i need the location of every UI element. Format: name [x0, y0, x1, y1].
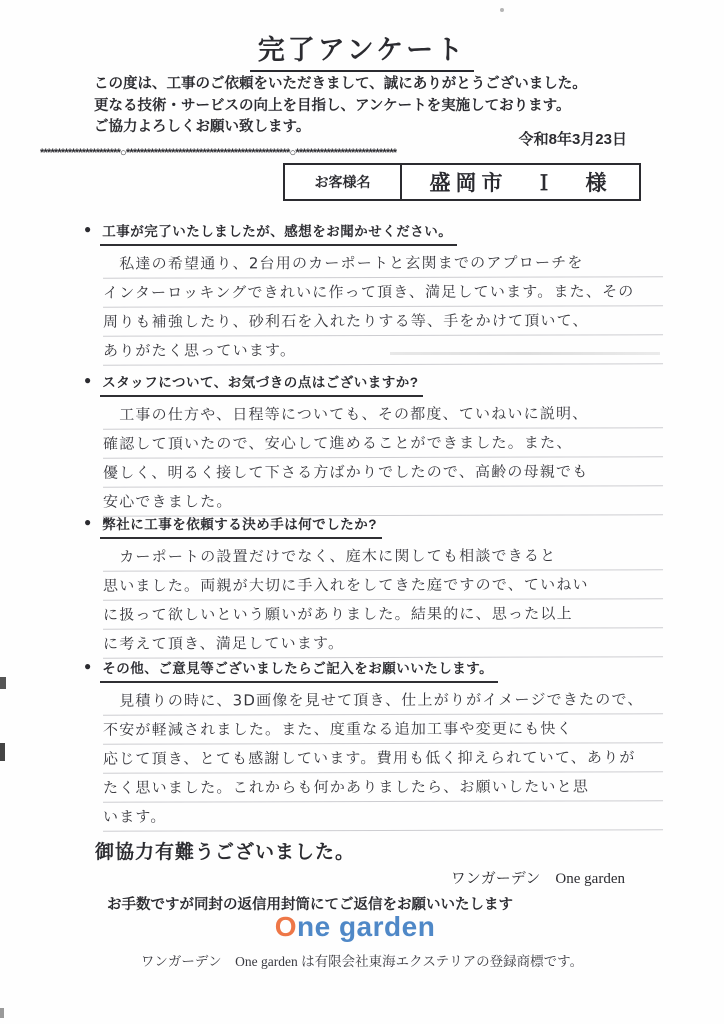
handwritten-line: 不安が軽減されました。また、度重なる追加工事や変更にも快く: [103, 714, 663, 744]
scan-artifact: [0, 677, 6, 689]
logo-text: ne garden: [297, 911, 435, 942]
question-1-text: 工事が完了いたしましたが、感想をお聞かせください。: [100, 220, 457, 246]
question-section-3: ● 弊社に工事を依頼する決め手は何でしたか? カーポートの設置だけでなく、庭木に…: [84, 513, 670, 658]
handwritten-line: 周りも補強したり、砂利石を入れたりする等、手をかけて頂いて、: [103, 306, 663, 336]
scan-artifact: [500, 8, 504, 12]
scanned-survey-document: 完了アンケート この度は、工事のご依頼をいただきまして、誠にありがとうございまし…: [0, 0, 724, 1024]
bullet-icon: ●: [84, 513, 91, 532]
document-date: 令和8年3月23日: [0, 128, 627, 149]
scan-smudge: [390, 352, 660, 355]
question-section-1: ● 工事が完了いたしましたが、感想をお聞かせください。 私達の希望通り、2台用の…: [84, 220, 670, 365]
question-section-2: ● スタッフについて、お気づきの点はございますか? 工事の仕方や、日程等について…: [84, 371, 670, 516]
customer-name-value: 盛岡市 Ｉ 様: [402, 165, 639, 199]
bullet-icon: ●: [84, 220, 91, 239]
question-1-answer: 私達の希望通り、2台用のカーポートと玄関までのアプローチを インターロッキングで…: [103, 249, 663, 365]
question-4-answer: 見積りの時に、3D画像を見せて頂き、仕上がりがイメージできたので、 不安が軽減さ…: [103, 686, 663, 831]
handwritten-line: に考えて頂き、満足しています。: [103, 628, 663, 658]
handwritten-line: ありがたく思っています。: [103, 335, 663, 365]
handwritten-line: います。: [103, 801, 663, 831]
asterisk-divider: ***********************○****************…: [40, 147, 706, 163]
question-4-text: その他、ご意見等ございましたらご記入をお願いいたします。: [100, 657, 498, 683]
trademark-notice: ワンガーデン One garden は有限会社東海エクステリアの登録商標です。: [0, 950, 724, 970]
handwritten-line: 思いました。両親が大切に手入れをしてきた庭ですので、ていねい: [103, 570, 663, 600]
customer-name-box: お客様名 盛岡市 Ｉ 様: [283, 163, 641, 201]
bullet-icon: ●: [84, 657, 91, 676]
question-2-text: スタッフについて、お気づきの点はございますか?: [100, 371, 423, 397]
handwritten-line: 工事の仕方や、日程等についても、その都度、ていねいに説明、: [103, 399, 663, 429]
question-2-header: ● スタッフについて、お気づきの点はございますか?: [84, 371, 670, 397]
handwritten-line: に扱って欲しいという願いがありました。結果的に、思った以上: [103, 599, 663, 629]
handwritten-line: インターロッキングできれいに作って頂き、満足しています。また、その: [103, 277, 663, 307]
one-garden-logo: One garden: [0, 911, 710, 943]
question-section-4: ● その他、ご意見等ございましたらご記入をお願いいたします。 見積りの時に、3D…: [84, 657, 670, 831]
bullet-icon: ●: [84, 371, 91, 390]
handwritten-line: 見積りの時に、3D画像を見せて頂き、仕上がりがイメージできたので、: [103, 685, 663, 715]
handwritten-line: 応じて頂き、とても感謝しています。費用も低く抑えられていて、ありが: [103, 743, 663, 773]
intro-line-1: この度は、工事のご依頼をいただきまして、誠にありがとうございました。: [94, 74, 587, 96]
handwritten-line: たく思いました。これからも何かありましたら、お願いしたいと思: [103, 772, 663, 802]
closing-thanks: 御協力有難うございました。: [95, 837, 355, 864]
question-1-header: ● 工事が完了いたしましたが、感想をお聞かせください。: [84, 220, 670, 246]
scan-artifact: [0, 743, 5, 761]
handwritten-line: 私達の希望通り、2台用のカーポートと玄関までのアプローチを: [103, 248, 663, 278]
logo-letter-o: O: [275, 911, 297, 942]
page-title: 完了アンケート: [250, 28, 474, 72]
handwritten-line: 優しく、明るく接して下さる方ばかりでしたので、高齢の母親でも: [103, 457, 663, 487]
handwritten-line: 確認して頂いたので、安心して進めることができました。また、: [103, 428, 663, 458]
question-4-header: ● その他、ご意見等ございましたらご記入をお願いいたします。: [84, 657, 670, 683]
question-3-header: ● 弊社に工事を依頼する決め手は何でしたか?: [84, 513, 670, 539]
handwritten-line: カーポートの設置だけでなく、庭木に関しても相談できると: [103, 541, 663, 571]
question-3-text: 弊社に工事を依頼する決め手は何でしたか?: [100, 513, 382, 539]
scan-artifact: [0, 1008, 4, 1018]
question-2-answer: 工事の仕方や、日程等についても、その都度、ていねいに説明、 確認して頂いたので、…: [103, 400, 663, 516]
intro-line-2: 更なる技術・サービスの向上を目指し、アンケートを実施しております。: [94, 96, 587, 118]
company-name: ワンガーデン One garden: [0, 867, 625, 888]
page-title-wrap: 完了アンケート: [0, 28, 724, 72]
customer-name-label: お客様名: [285, 165, 402, 199]
question-3-answer: カーポートの設置だけでなく、庭木に関しても相談できると 思いました。両親が大切に…: [103, 542, 663, 658]
